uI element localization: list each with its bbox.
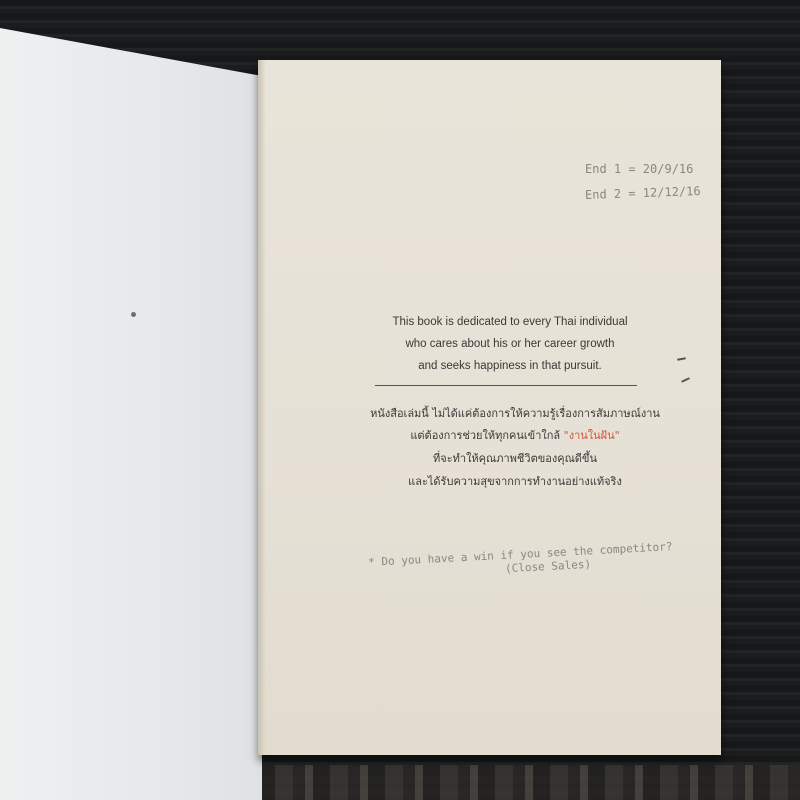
- page-speck: [131, 312, 136, 317]
- handwritten-end1: End 1 = 20/9/16: [585, 162, 693, 176]
- dedication-en-line1: This book is dedicated to every Thai ind…: [360, 316, 660, 328]
- dedication-th-line1: หนังสือเล่มนี้ ไม่ได้แค่ต้องการให้ความรู…: [345, 404, 685, 422]
- dedication-en-line2: who cares about his or her career growth: [360, 338, 660, 350]
- dream-job-highlight: "งานในฝัน": [564, 429, 620, 442]
- dedication-th-line4: และได้รับความสุขจากการทำงานอย่างแท้จริง: [345, 472, 685, 490]
- dedication-th-line2-text: แต่ต้องการช่วยให้ทุกคนเข้าใกล้: [410, 429, 563, 442]
- left-blank-page: [0, 28, 262, 800]
- dedication-th-line3: ที่จะทำให้คุณภาพชีวิตของคุณดีขึ้น: [345, 449, 685, 467]
- dedication-th-line2: แต่ต้องการช่วยให้ทุกคนเข้าใกล้ "งานในฝัน…: [345, 426, 685, 444]
- book-gutter: [258, 60, 266, 755]
- dedication-en-line3: and seeks happiness in that pursuit.: [360, 360, 660, 372]
- divider-line: [375, 385, 637, 386]
